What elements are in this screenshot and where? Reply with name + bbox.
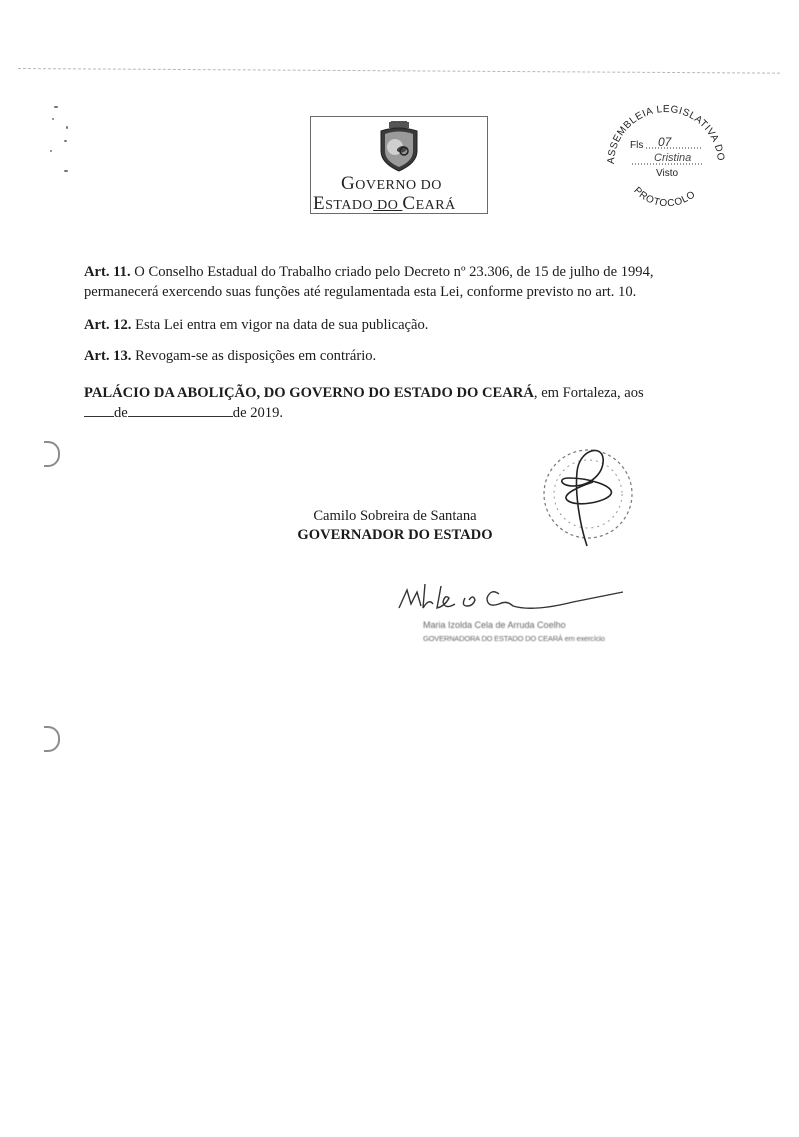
punch-hole-mark: [44, 726, 60, 752]
signatory-stamp: Maria Izolda Cela de Arruda Coelho GOVER…: [423, 619, 605, 645]
article-12: Art. 12. Esta Lei entra em vigor na data…: [84, 315, 428, 335]
logo-text-line1: GOVERNO DO: [341, 173, 442, 195]
fls-value: 07: [658, 135, 673, 149]
scan-artifact-line: [18, 68, 780, 74]
month-blank: [128, 404, 233, 417]
logo-text-line2: ESTADO DO CEARÁ: [313, 193, 456, 215]
signatory-name: Maria Izolda Cela de Arruda Coelho: [423, 619, 605, 632]
visto-signature: Cristina: [654, 152, 691, 164]
fls-label: Fls: [630, 140, 643, 151]
visto-label: Visto: [656, 168, 678, 179]
article-11: Art. 11. O Conselho Estadual do Trabalho…: [84, 262, 654, 302]
punch-hole-mark: [44, 441, 60, 467]
governor-role: GOVERNADOR DO ESTADO: [290, 526, 500, 545]
stamp-bottom-arc-text: PROTOCOLO: [631, 185, 697, 206]
article-13: Art. 13. Revogam-se as disposições em co…: [84, 346, 376, 366]
day-blank: [84, 404, 114, 417]
official-seal-with-signature: [535, 442, 641, 550]
governor-name: Camilo Sobreira de Santana: [290, 507, 500, 526]
protocol-stamp: ASSEMBLEIA LEGISLATIVA DO CEARÁ PROTOCOL…: [600, 94, 730, 206]
svg-text:PROTOCOLO: PROTOCOLO: [631, 185, 697, 206]
state-coat-of-arms-icon: [373, 121, 425, 173]
governor-signature-block: Camilo Sobreira de Santana GOVERNADOR DO…: [290, 507, 500, 545]
government-logo: GOVERNO DO ESTADO DO CEARÁ: [310, 116, 488, 214]
handwritten-signature: [395, 580, 635, 620]
signatory-role: GOVERNADORA DO ESTADO DO CEARÁ em exercí…: [423, 632, 605, 645]
closing-paragraph: PALÁCIO DA ABOLIÇÃO, DO GOVERNO DO ESTAD…: [84, 383, 644, 423]
